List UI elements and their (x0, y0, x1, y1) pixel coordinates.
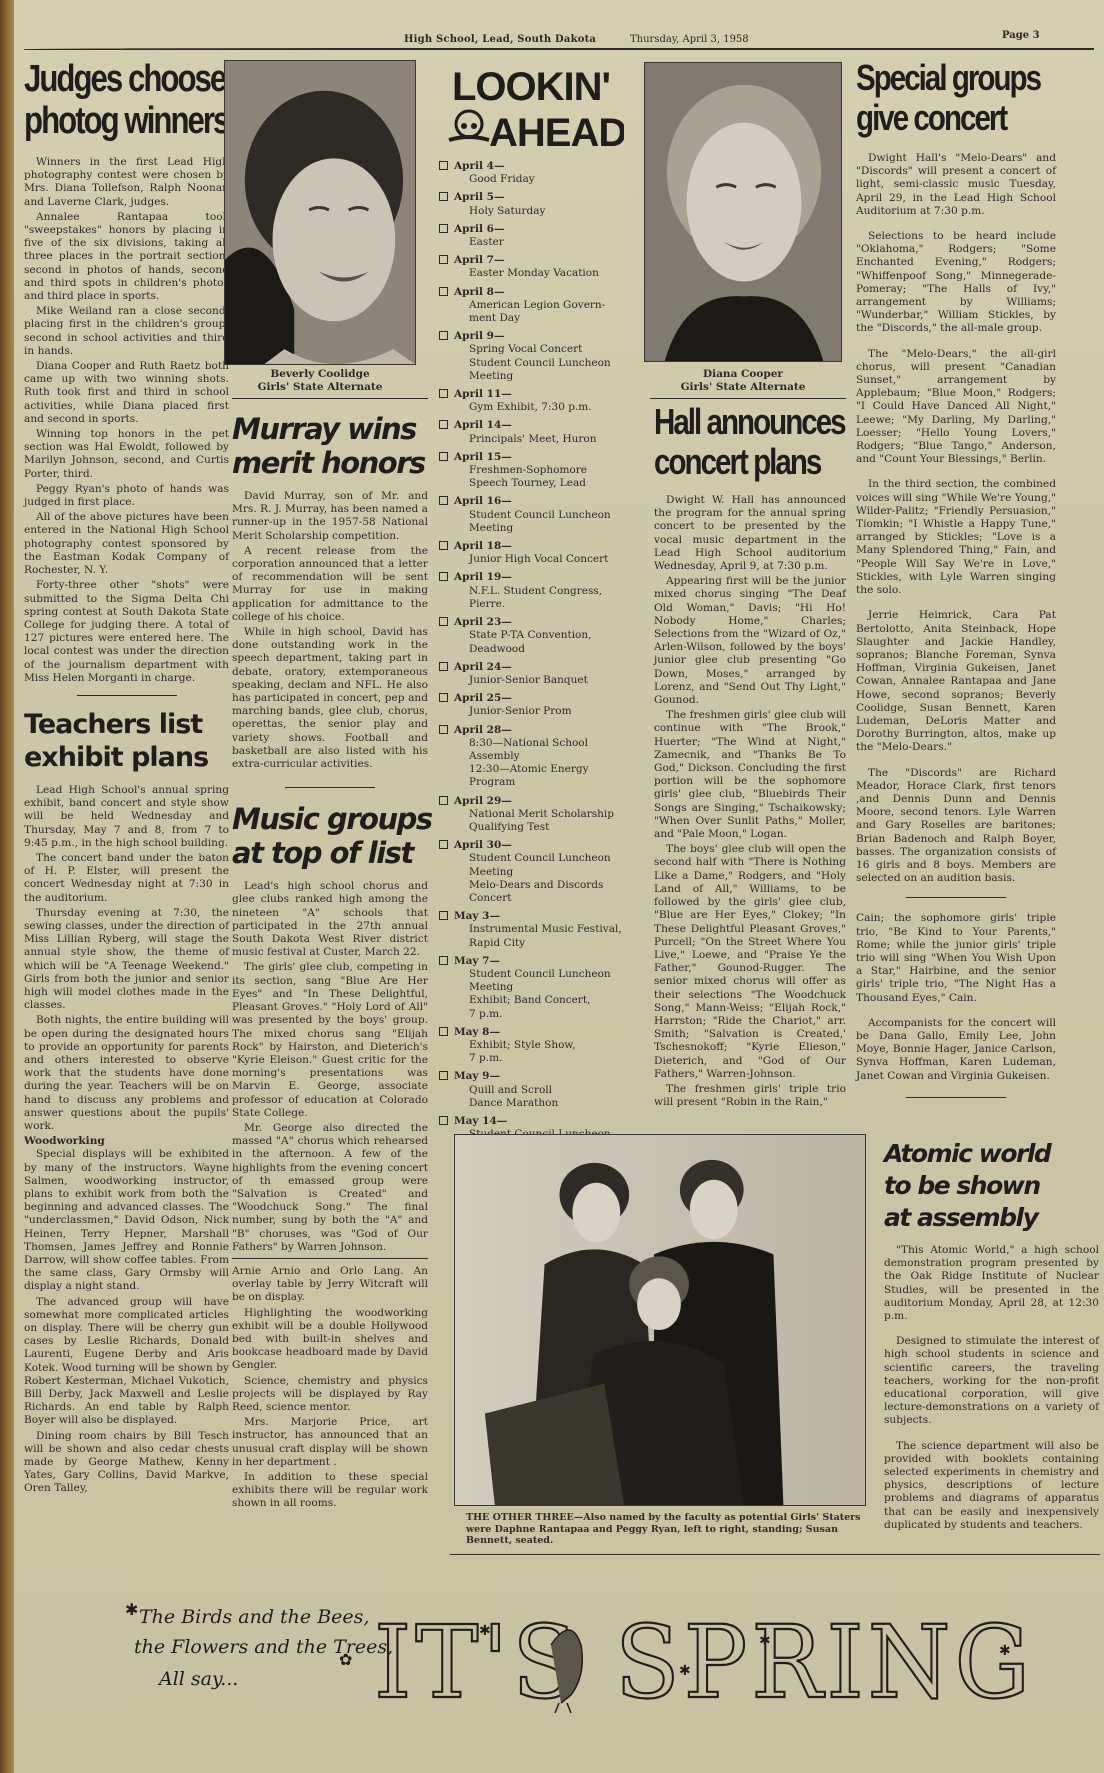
paragraph: The freshmen girls' glee club will conti… (654, 709, 846, 841)
svg-text:✱: ✱ (999, 1643, 1011, 1659)
newspaper-page: High School, Lead, South Dakota Thursday… (14, 0, 1104, 1773)
divider (232, 398, 428, 399)
calendar-event: Spring Vocal Concert (439, 343, 649, 356)
calendar-item: April 30—Student Council LuncheonMeeting… (439, 839, 649, 905)
paragraph: Accompanists for the concert will be Dan… (856, 1017, 1056, 1083)
calendar-event: ment Day (439, 312, 649, 325)
paragraph: Dwight W. Hall has announced the program… (654, 494, 846, 573)
calendar-event: National Merit Scholarship (439, 808, 649, 821)
issue-date: Thursday, April 3, 1958 (630, 34, 749, 45)
calendar-item: April 5—Holy Saturday (439, 191, 649, 217)
calendar-item: May 3—Instrumental Music Festival,Rapid … (439, 910, 649, 950)
calendar-item: April 19—N.F.L. Student Congress,Pierre. (439, 571, 649, 611)
divider (450, 1554, 1100, 1555)
checkbox-icon (439, 192, 448, 201)
calendar-item: May 8—Exhibit; Style Show,7 p.m. (439, 1026, 649, 1066)
svg-text:✱: ✱ (679, 1663, 691, 1679)
checkbox-icon (439, 956, 448, 965)
article-photog-winners: Judges choose photog winners Winners in … (24, 58, 229, 1498)
checkbox-icon (439, 725, 448, 734)
calendar-event: 12:30—Atomic Energy (439, 763, 649, 776)
calendar-event: Meeting (439, 370, 649, 383)
svg-text:✱: ✱ (479, 1623, 491, 1639)
svg-text:The Birds and the Bees,: The Birds and the Bees, (139, 1606, 369, 1628)
divider (906, 1097, 1006, 1098)
checkbox-icon (439, 572, 448, 581)
checkbox-icon (439, 1071, 448, 1080)
paragraph: Winning top honors in the pet section wa… (24, 428, 229, 481)
paragraph: Lead's high school chorus and glee clubs… (232, 880, 428, 959)
article-special-groups: Special groups give concert Dwight Hall'… (856, 58, 1056, 1110)
calendar-item: April 4—Good Friday (439, 160, 649, 186)
checkbox-icon (439, 840, 448, 849)
calendar-event: Rapid City (439, 937, 649, 950)
photo-beverly-coolidge (224, 60, 416, 365)
paragraph: All of the above pictures have been ente… (24, 511, 229, 577)
paragraph: The "Discords" are Richard Meador, Horac… (856, 767, 1056, 886)
calendar-event: Meeting (439, 981, 649, 994)
calendar-item: April 24—Junior-Senior Banquet (439, 661, 649, 687)
paragraph: Highlighting the woodworking exhibit wil… (232, 1307, 428, 1373)
calendar-event: Quill and Scroll (439, 1084, 649, 1097)
checkbox-icon (439, 796, 448, 805)
divider (77, 695, 177, 696)
headline: Murray wins merit honors (232, 412, 428, 480)
divider (285, 787, 375, 788)
events-calendar: April 4—Good FridayApril 5—Holy Saturday… (439, 160, 649, 1160)
paragraph: Cain; the sophomore girls' triple trio, … (856, 912, 1056, 1004)
calendar-event: Student Council Luncheon (439, 357, 649, 370)
calendar-event: Speech Tourney, Lead (439, 477, 649, 490)
caption-other-three: THE OTHER THREE—Also named by the facult… (466, 1512, 871, 1547)
paragraph: The advanced group will have somewhat mo… (24, 1296, 229, 1428)
paragraph: Thursday evening at 7:30, the sewing cla… (24, 907, 229, 1013)
headline: Special groups give concert (856, 58, 1020, 138)
paragraph: Jerrie Heimrick, Cara Pat Bertolotto, An… (856, 609, 1056, 754)
paragraph: The "Melo-Dears," the all-girl chorus, w… (856, 348, 1056, 467)
calendar-item: April 15—Freshmen-SophomoreSpeech Tourne… (439, 451, 649, 491)
paragraph: Winners in the first Lead High photograp… (24, 156, 229, 209)
checkbox-icon (439, 1116, 448, 1125)
paragraph: Forty-three other "shots" were submitted… (24, 579, 229, 685)
paragraph: The girls' glee club, competing in its s… (232, 961, 428, 1119)
calendar-event: Good Friday (439, 173, 649, 186)
calendar-event: Holy Saturday (439, 205, 649, 218)
publication-line: High School, Lead, South Dakota (404, 34, 596, 45)
calendar-event: Melo-Dears and Discords (439, 879, 649, 892)
checkbox-icon (439, 693, 448, 702)
paragraph: The freshmen girls' triple trio will pre… (654, 1083, 846, 1109)
svg-text:✱: ✱ (759, 1633, 771, 1649)
divider (906, 897, 1006, 898)
calendar-event: Meeting (439, 522, 649, 535)
calendar-item: May 7—Student Council LuncheonMeetingExh… (439, 955, 649, 1021)
headline-music-groups: Music groups at top of list (232, 802, 428, 870)
checkbox-icon (439, 255, 448, 264)
subhead-woodworking: Woodworking (24, 1135, 229, 1148)
svg-text:the Flowers and the Trees,: the Flowers and the Trees, (134, 1636, 393, 1658)
paragraph: Annalee Rantapaa took "sweepstakes" hono… (24, 211, 229, 303)
calendar-item: April 9—Spring Vocal ConcertStudent Coun… (439, 330, 649, 383)
caption-coolidge: Beverly Coolidge Girls' State Alternate (224, 368, 416, 394)
checkbox-icon (439, 496, 448, 505)
paragraph: The concert band under the baton of H. P… (24, 852, 229, 905)
calendar-event: 8:30—National School (439, 737, 649, 750)
checkbox-icon (439, 662, 448, 671)
paragraph: Special displays will be exhibited by ma… (24, 1148, 229, 1293)
paragraph: In the third section, the combined voice… (856, 478, 1056, 597)
paragraph: In addition to these special exhibits th… (232, 1471, 428, 1511)
calendar-event: Pierre. (439, 598, 649, 611)
article-murray: Murray wins merit honors David Murray, s… (232, 412, 428, 1513)
checkbox-icon (439, 224, 448, 233)
paragraph: Appearing first will be the junior mixed… (654, 575, 846, 707)
paragraph: Diana Cooper and Ruth Raetz both came up… (24, 360, 229, 426)
svg-text:✿: ✿ (339, 1650, 352, 1669)
paragraph: Science, chemistry and physics projects … (232, 1375, 428, 1415)
headline: Judges choose photog winners (24, 58, 192, 142)
calendar-event: State P-TA Convention, (439, 629, 649, 642)
paragraph: Both nights, the entire building will be… (24, 1014, 229, 1133)
svg-text:LOOKIN': LOOKIN' (452, 65, 610, 109)
its-spring-banner: The Birds and the Bees, the Flowers and … (119, 1585, 1059, 1715)
calendar-event: Concert (439, 892, 649, 905)
page-number: Page 3 (1002, 30, 1040, 41)
divider (650, 398, 846, 399)
paragraph: Lead High School's annual spring exhibit… (24, 784, 229, 850)
paragraph: The science department will also be prov… (884, 1440, 1099, 1532)
calendar-item: May 9—Quill and ScrollDance Marathon (439, 1070, 649, 1110)
paragraph: Mr. George also directed the massed "A" … (232, 1122, 428, 1254)
calendar-event: Junior-Senior Banquet (439, 674, 649, 687)
calendar-event: Freshmen-Sophomore (439, 464, 649, 477)
svg-text:AHEAD: AHEAD (489, 111, 624, 152)
calendar-event: Student Council Luncheon (439, 852, 649, 865)
paragraph: Mrs. Marjorie Price, art instructor, has… (232, 1416, 428, 1469)
calendar-event: Deadwood (439, 643, 649, 656)
photo-the-other-three (454, 1134, 866, 1506)
calendar-event: Junior-Senior Prom (439, 705, 649, 718)
calendar-event: Gym Exhibit, 7:30 p.m. (439, 401, 649, 414)
binding-edge (0, 0, 14, 1773)
paragraph: Dwight Hall's "Melo-Dears" and "Discords… (856, 152, 1056, 218)
paragraph: "This Atomic World," a high school demon… (884, 1244, 1099, 1323)
paragraph: Peggy Ryan's photo of hands was judged i… (24, 483, 229, 509)
checkbox-icon (439, 1027, 448, 1036)
calendar-event: Dance Marathon (439, 1097, 649, 1110)
calendar-item: April 7—Easter Monday Vacation (439, 254, 649, 280)
calendar-item: April 11—Gym Exhibit, 7:30 p.m. (439, 388, 649, 414)
calendar-item: April 25—Junior-Senior Prom (439, 692, 649, 718)
calendar-item: April 28—8:30—National SchoolAssembly12:… (439, 724, 649, 790)
calendar-event: Assembly (439, 750, 649, 763)
calendar-event: Instrumental Music Festival, (439, 923, 649, 936)
calendar-event: 7 p.m. (439, 1008, 649, 1021)
checkbox-icon (439, 420, 448, 429)
paragraph: Selections to be heard include "Oklahoma… (856, 230, 1056, 336)
calendar-event: American Legion Govern- (439, 299, 649, 312)
calendar-event: 7 p.m. (439, 1052, 649, 1065)
calendar-event: Exhibit; Style Show, (439, 1039, 649, 1052)
svg-text:IT'S SPRING: IT'S SPRING (374, 1604, 1034, 1715)
calendar-item: April 23—State P-TA Convention,Deadwood (439, 616, 649, 656)
calendar-item: April 18—Junior High Vocal Concert (439, 540, 649, 566)
paragraph: The boys' glee club will open the second… (654, 843, 846, 1081)
paragraph: Designed to stimulate the interest of hi… (884, 1335, 1099, 1427)
headline-teachers: Teachers list exhibit plans (24, 708, 229, 774)
photo-diana-cooper (644, 62, 842, 362)
paragraph: Dining room chairs by Bill Tesch will be… (24, 1430, 229, 1496)
caption-cooper: Diana Cooper Girls' State Alternate (644, 368, 842, 394)
headline: Atomic world to be shown at assembly (884, 1138, 1099, 1234)
article-hall-concert: Hall announces concert plans Dwight W. H… (654, 402, 846, 1111)
calendar-item: April 29—National Merit ScholarshipQuali… (439, 795, 649, 835)
headline: Hall announces concert plans (654, 402, 811, 482)
calendar-event: Meeting (439, 866, 649, 879)
checkbox-icon (439, 541, 448, 550)
calendar-event: Easter (439, 236, 649, 249)
checkbox-icon (439, 911, 448, 920)
checkbox-icon (439, 331, 448, 340)
calendar-event: Junior High Vocal Concert (439, 553, 649, 566)
checkbox-icon (439, 617, 448, 626)
calendar-event: N.F.L. Student Congress, (439, 585, 649, 598)
checkbox-icon (439, 161, 448, 170)
calendar-event: Student Council Luncheon (439, 509, 649, 522)
calendar-event: Student Council Luncheon (439, 968, 649, 981)
paragraph: Mike Weiland ran a close second, placing… (24, 305, 229, 358)
svg-text:✱: ✱ (125, 1600, 138, 1619)
paragraph: Arnie Arnio and Orlo Lang. An overlay ta… (232, 1265, 428, 1305)
calendar-item: April 6—Easter (439, 223, 649, 249)
article-atomic-world: Atomic world to be shown at assembly "Th… (884, 1138, 1099, 1544)
calendar-event: Exhibit; Band Concert, (439, 994, 649, 1007)
calendar-item: April 16—Student Council LuncheonMeeting (439, 495, 649, 535)
calendar-event: Principals' Meet, Huron (439, 433, 649, 446)
masthead-rule (24, 48, 1094, 51)
calendar-event: Qualifying Test (439, 821, 649, 834)
lookin-ahead-logo: LOOKIN' AHEAD (444, 62, 624, 152)
paragraph: David Murray, son of Mr. and Mrs. R. J. … (232, 490, 428, 543)
checkbox-icon (439, 452, 448, 461)
calendar-event: Program (439, 776, 649, 789)
checkbox-icon (439, 287, 448, 296)
calendar-item: April 8—American Legion Govern-ment Day (439, 286, 649, 326)
paragraph: While in high school, David has done out… (232, 626, 428, 771)
paragraph: A recent release from the corporation an… (232, 545, 428, 624)
calendar-event: Easter Monday Vacation (439, 267, 649, 280)
divider (232, 1258, 428, 1259)
checkbox-icon (439, 389, 448, 398)
calendar-item: April 14—Principals' Meet, Huron (439, 419, 649, 445)
svg-text:All say...: All say... (157, 1668, 238, 1690)
